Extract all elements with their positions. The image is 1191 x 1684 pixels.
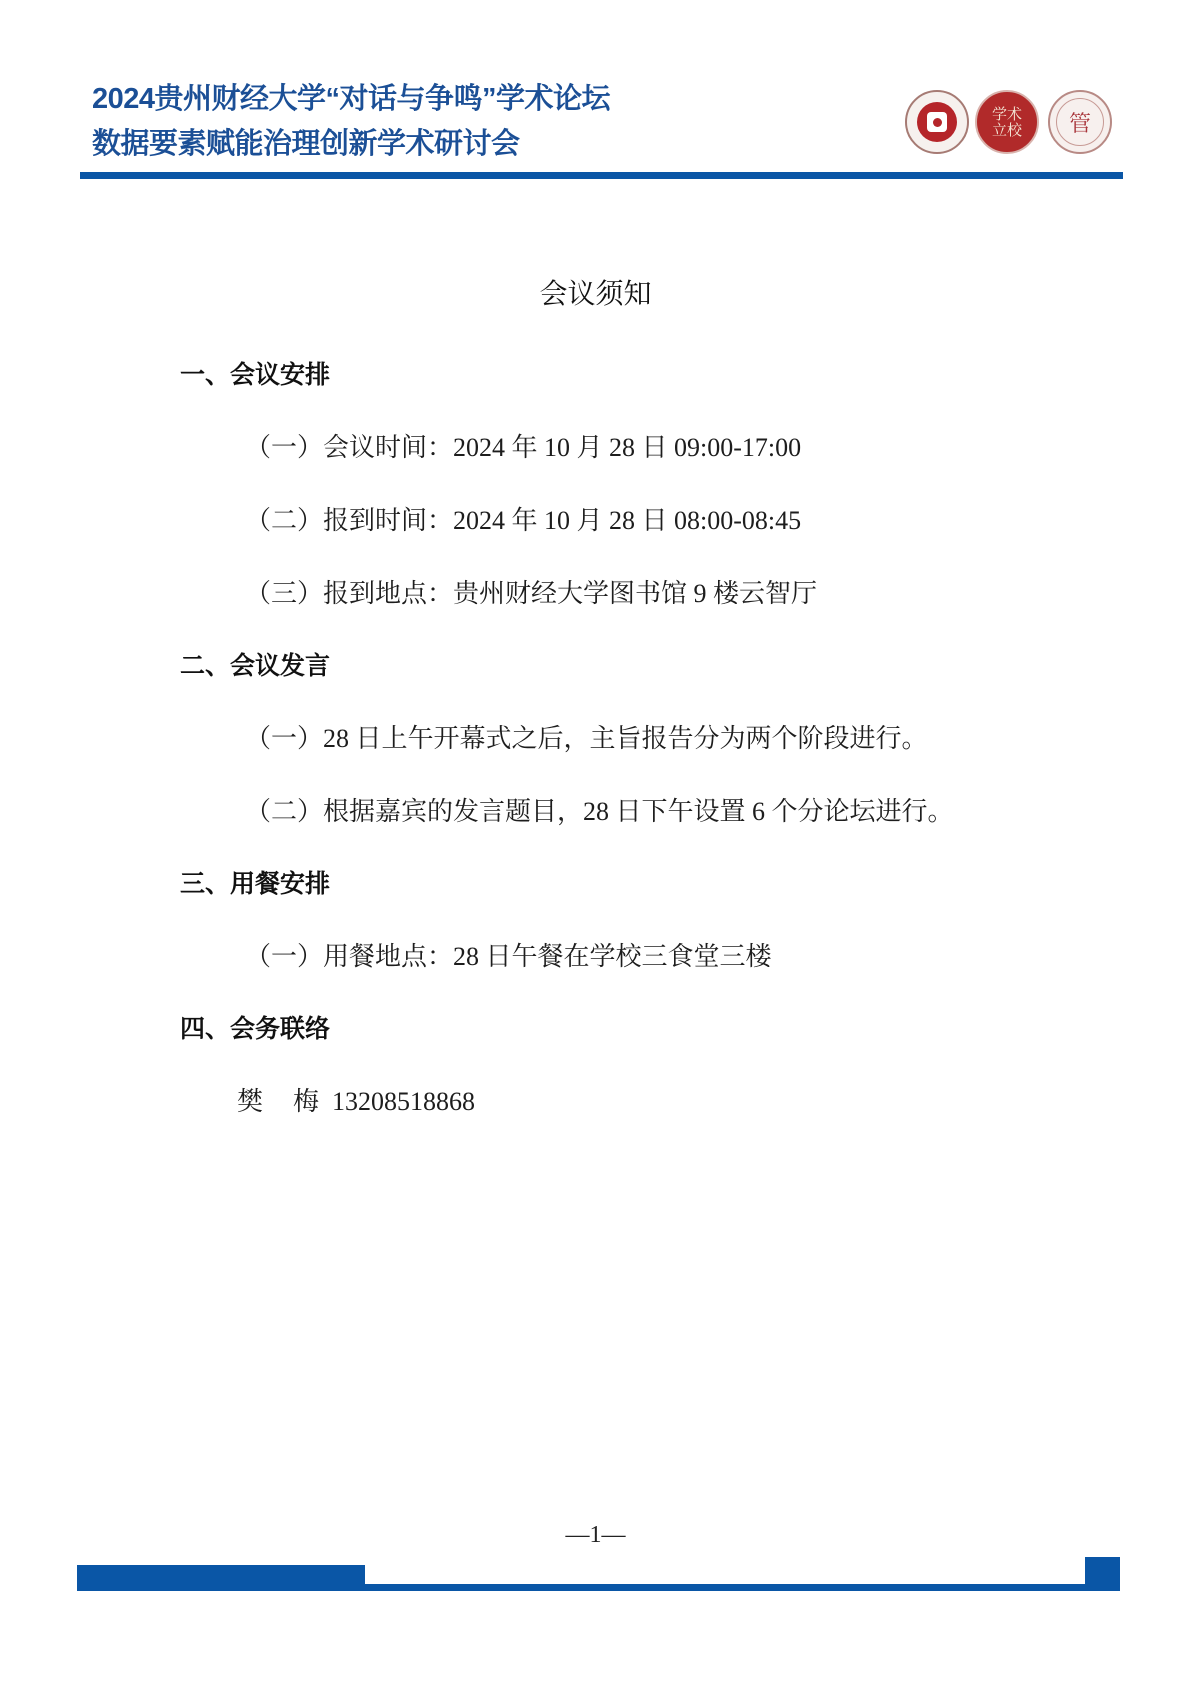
footer-bar-right-block: [1085, 1557, 1120, 1591]
footer-bar-line: [365, 1584, 1087, 1591]
section-heading-2: 二、会议发言: [180, 646, 330, 682]
page-number: —1—: [0, 1522, 1191, 1549]
section-heading-1: 一、会议安排: [180, 355, 330, 391]
list-item: （一）28 日上午开幕式之后，主旨报告分为两个阶段进行。: [245, 718, 928, 755]
list-item: （三）报到地点：贵州财经大学图书馆 9 楼云智厅: [245, 573, 817, 610]
document-title: 会议须知: [0, 272, 1191, 312]
college-seal-logo: 管: [1048, 90, 1112, 154]
section-heading-4: 四、会务联络: [180, 1009, 330, 1045]
section-heading-3: 三、用餐安排: [180, 864, 330, 900]
footer-bar-left-block: [77, 1565, 365, 1591]
college-seal-glyph: 管: [1069, 107, 1091, 138]
academic-seal-line1: 学术: [992, 106, 1022, 122]
header-divider-bar: [80, 172, 1123, 179]
contact-line: 樊梅 13208518868: [237, 1081, 475, 1118]
contact-given-name: 梅: [293, 1087, 319, 1116]
list-item: （一）会议时间：2024 年 10 月 28 日 09:00-17:00: [245, 427, 801, 464]
list-item: （二）根据嘉宾的发言题目，28 日下午设置 6 个分论坛进行。: [245, 791, 954, 828]
academic-seal-logo: 学术 立校: [975, 90, 1039, 154]
university-seal-logo: [905, 90, 969, 154]
academic-seal-line2: 立校: [992, 122, 1022, 138]
header-title-line1: 2024贵州财经大学“对话与争鸣”学术论坛: [92, 85, 610, 114]
header-title-line2: 数据要素赋能治理创新学术研讨会: [92, 130, 520, 159]
list-item: （二）报到时间：2024 年 10 月 28 日 08:00-08:45: [245, 500, 801, 537]
seal-emblem-icon: [917, 102, 957, 142]
contact-surname: 樊: [237, 1087, 263, 1116]
list-item: （一）用餐地点：28 日午餐在学校三食堂三楼: [245, 936, 772, 973]
contact-phone: 13208518868: [332, 1087, 475, 1116]
